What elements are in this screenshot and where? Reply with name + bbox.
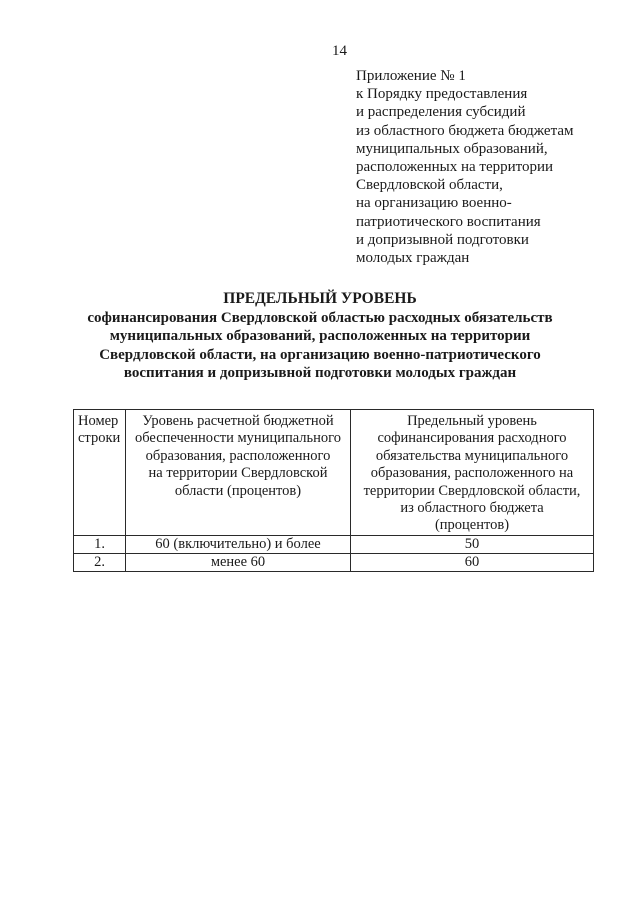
page-number: 14 (332, 42, 347, 60)
appendix-line: патриотического воспитания (356, 213, 573, 231)
cell-row-number: 2. (74, 554, 126, 572)
header-line: Номер (78, 413, 122, 430)
title-line: воспитания и допризывной подготовки моло… (60, 364, 580, 383)
appendix-line: расположенных на территории (356, 158, 573, 176)
header-line: строки (78, 430, 122, 447)
table-row: 1. 60 (включительно) и более 50 (74, 536, 594, 554)
header-line: софинансирования расходного (354, 430, 590, 447)
cell-cofinancing-limit: 50 (351, 536, 594, 554)
header-row-number: Номер строки (74, 410, 126, 536)
header-line: обеспеченности муниципального (129, 430, 347, 447)
header-line: территории Свердловской области, (354, 483, 590, 500)
table-row: 2. менее 60 60 (74, 554, 594, 572)
appendix-line: из областного бюджета бюджетам (356, 122, 573, 140)
header-line: Предельный уровень (354, 413, 590, 430)
cell-fiscal-capacity: 60 (включительно) и более (126, 536, 351, 554)
header-line: области (процентов) (129, 483, 347, 500)
appendix-line: Свердловской области, (356, 176, 573, 194)
cofinancing-table: Номер строки Уровень расчетной бюджетной… (73, 409, 594, 572)
appendix-line: и допризывной подготовки (356, 231, 573, 249)
appendix-reference: Приложение № 1 к Порядку предоставления … (356, 67, 573, 267)
appendix-line: муниципальных образований, (356, 140, 573, 158)
header-line: образования, расположенного (129, 448, 347, 465)
header-line: обязательства муниципального (354, 448, 590, 465)
header-line: из областного бюджета (354, 500, 590, 517)
appendix-line: на организацию военно- (356, 194, 573, 212)
title-line: муниципальных образований, расположенных… (60, 327, 580, 346)
cell-row-number: 1. (74, 536, 126, 554)
title-line: Свердловской области, на организацию вое… (60, 346, 580, 365)
header-cofinancing-limit: Предельный уровень софинансирования расх… (351, 410, 594, 536)
cell-cofinancing-limit: 60 (351, 554, 594, 572)
header-line: Уровень расчетной бюджетной (129, 413, 347, 430)
appendix-line: молодых граждан (356, 249, 573, 267)
title-line: софинансирования Свердловской областью р… (60, 309, 580, 328)
appendix-line: и распределения субсидий (356, 103, 573, 121)
appendix-line: Приложение № 1 (356, 67, 573, 85)
document-title: ПРЕДЕЛЬНЫЙ УРОВЕНЬ софинансирования Свер… (60, 290, 580, 383)
header-fiscal-capacity: Уровень расчетной бюджетной обеспеченнос… (126, 410, 351, 536)
cell-fiscal-capacity: менее 60 (126, 554, 351, 572)
header-line: (процентов) (354, 517, 590, 534)
title-main: ПРЕДЕЛЬНЫЙ УРОВЕНЬ (60, 290, 580, 309)
appendix-line: к Порядку предоставления (356, 85, 573, 103)
header-line: на территории Свердловской (129, 465, 347, 482)
header-line: образования, расположенного на (354, 465, 590, 482)
table-header-row: Номер строки Уровень расчетной бюджетной… (74, 410, 594, 536)
